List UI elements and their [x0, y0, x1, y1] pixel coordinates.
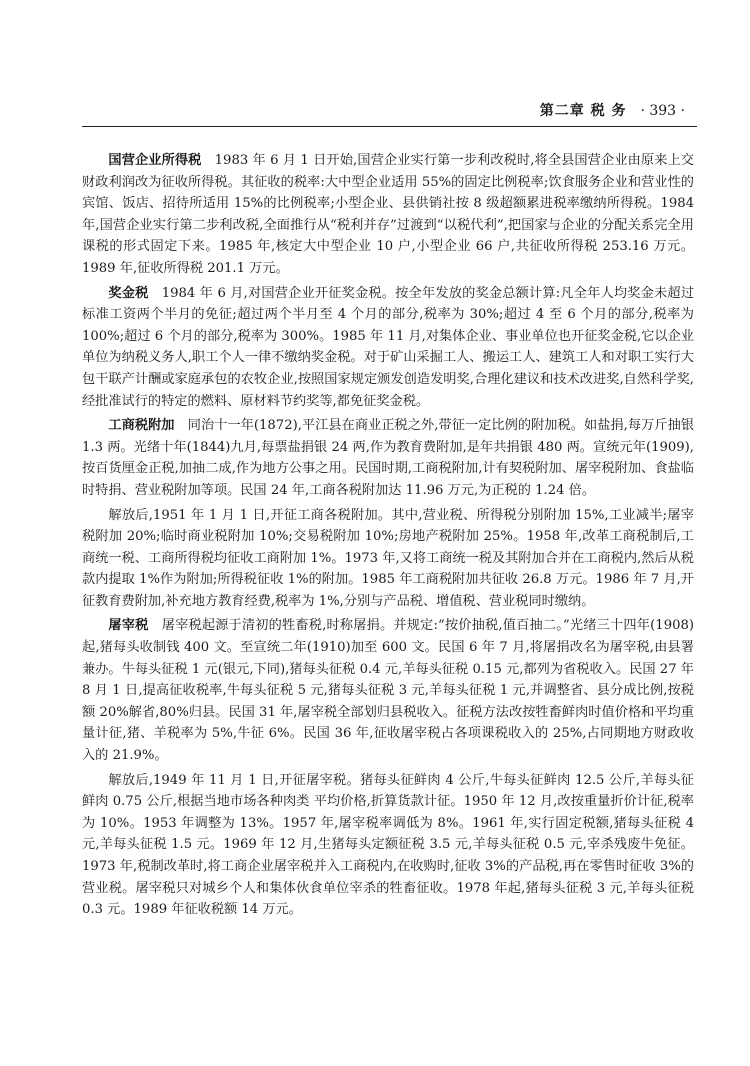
running-head: 第二章 税 务· 393 ·	[540, 100, 685, 120]
paragraph-surcharge-history: 工商税附加同治十一年(1872),平江县在商业正税之外,带征一定比例的附加税。如…	[82, 415, 694, 501]
paragraph-surcharge-post-1949: 解放后,1951 年 1 月 1 日,开征工商各税附加。其中,营业税、所得税分别…	[82, 505, 694, 613]
page-number: · 393 ·	[640, 103, 685, 119]
header-rule	[82, 126, 697, 127]
section-term: 奖金税	[108, 286, 148, 301]
chapter-title: 第二章 税 务	[540, 103, 627, 119]
paragraph-text: 屠宰税起源于清初的牲畜税,时称屠捐。并规定:“按价抽税,值百抽二。”光绪三十四年…	[82, 618, 694, 763]
page-header: 第二章 税 务· 393 ·	[82, 96, 697, 126]
paragraph-text: 解放后,1951 年 1 月 1 日,开征工商各税附加。其中,营业税、所得税分别…	[82, 508, 694, 609]
paragraph-text: 1984 年 6 月,对国营企业开征奖金税。按全年发放的奖金总额计算:凡全年人均…	[82, 286, 694, 409]
paragraph-text: 1983 年 6 月 1 日开始,国营企业实行第一步利改税时,将全县国营企业由原…	[82, 153, 694, 276]
page-body: 国营企业所得税1983 年 6 月 1 日开始,国营企业实行第一步利改税时,将全…	[82, 150, 694, 924]
paragraph-slaughter-tax: 屠宰税屠宰税起源于清初的牲畜税,时称屠捐。并规定:“按价抽税,值百抽二。”光绪三…	[82, 615, 694, 766]
paragraph-text: 解放后,1949 年 11 月 1 日,开征屠宰税。猪每头征鲜肉 4 公斤,牛每…	[82, 773, 694, 918]
section-term: 工商税附加	[108, 418, 174, 433]
section-term: 屠宰税	[108, 618, 148, 633]
paragraph-state-enterprise-income-tax: 国营企业所得税1983 年 6 月 1 日开始,国营企业实行第一步利改税时,将全…	[82, 150, 694, 280]
section-term: 国营企业所得税	[108, 153, 201, 168]
paragraph-slaughter-tax-post-1949: 解放后,1949 年 11 月 1 日,开征屠宰税。猪每头征鲜肉 4 公斤,牛每…	[82, 770, 694, 921]
paragraph-bonus-tax: 奖金税1984 年 6 月,对国营企业开征奖金税。按全年发放的奖金总额计算:凡全…	[82, 283, 694, 413]
